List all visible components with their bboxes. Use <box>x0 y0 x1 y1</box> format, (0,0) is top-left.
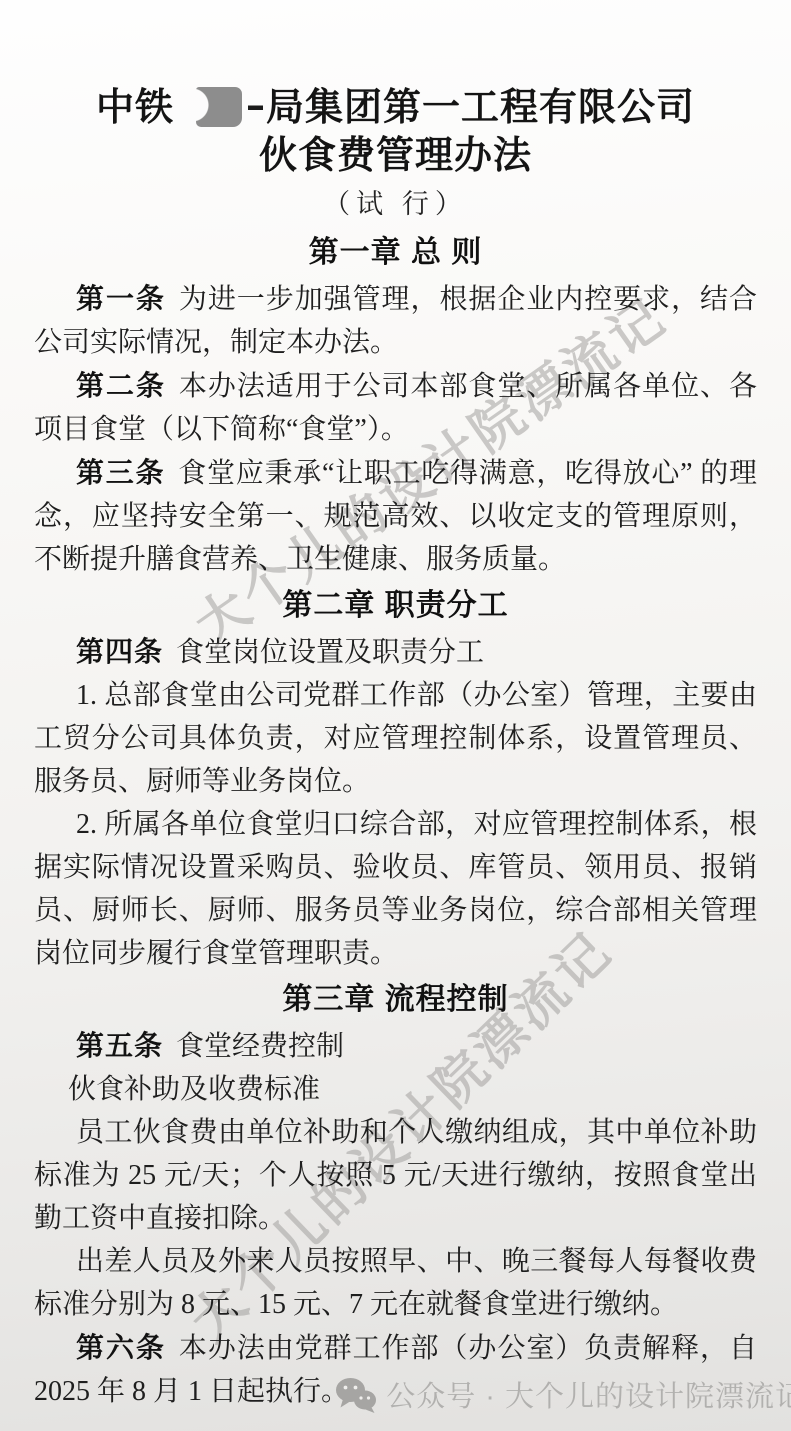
paragraph-text: 1. 总部食堂由公司党群工作部（办公室）管理，主要由工贸分公司具体负责，对应管理… <box>34 680 757 797</box>
title-suffix: 局集团第一工程有限公司 <box>266 87 695 129</box>
paragraph-item-2: 2. 所属各单位食堂归口综合部，对应管理控制体系，根据实际情况设置采购员、验收员… <box>34 803 757 975</box>
paragraph-text: 食堂经费控制 <box>176 1031 344 1062</box>
document-photo: 大个儿的设计院漂流记 大个儿的设计院漂流记 中铁局集团第一工程有限公司 伙食费管… <box>0 0 791 1431</box>
public-account-watermark: 公众号 · 大个儿的设计院漂流记 <box>335 1374 791 1415</box>
redacted-partial-character <box>248 87 263 127</box>
paragraph-article-4: 第四条食堂岗位设置及职责分工 <box>34 630 757 674</box>
title-line-1: 中铁局集团第一工程有限公司 <box>34 84 757 132</box>
paragraph-text: 食堂岗位设置及职责分工 <box>176 637 484 668</box>
paragraph-text: 员工伙食费由单位补助和个人缴纳组成，其中单位补助标准为 25 元/天；个人按照 … <box>34 1117 757 1234</box>
chapter-heading-3: 第三章 流程控制 <box>34 977 757 1022</box>
article-number: 第五条 <box>76 1030 163 1061</box>
chapter-heading-2: 第二章 职责分工 <box>34 583 757 628</box>
paragraph-meal-subsidy: 员工伙食费由单位补助和个人缴纳组成，其中单位补助标准为 25 元/天；个人按照 … <box>34 1111 757 1240</box>
document-title: 中铁局集团第一工程有限公司 伙食费管理办法 <box>34 84 757 180</box>
paragraph-article-2: 第二条本办法适用于公司本部食堂、所属各单位、各项目食堂（以下简称“食堂”）。 <box>34 364 757 451</box>
paragraph-text: 伙食补助及收费标准 <box>68 1074 320 1105</box>
article-number: 第一条 <box>76 283 166 314</box>
document-content: 中铁局集团第一工程有限公司 伙食费管理办法 （试 行） 第一章 总 则 第一条为… <box>0 0 791 1413</box>
redaction-box <box>196 87 242 127</box>
title-line-2: 伙食费管理办法 <box>34 132 757 180</box>
paragraph-article-5: 第五条食堂经费控制 <box>34 1024 757 1068</box>
title-prefix: 中铁 <box>96 87 174 129</box>
article-number: 第四条 <box>76 636 163 667</box>
paragraph-visitor-fees: 出差人员及外来人员按照早、中、晚三餐每人每餐收费标准分别为 8 元、15 元、7… <box>34 1240 757 1326</box>
paragraph-text: 2. 所属各单位食堂归口综合部，对应管理控制体系，根据实际情况设置采购员、验收员… <box>34 809 757 969</box>
article-number: 第二条 <box>76 370 166 401</box>
public-account-label: 公众号 · 大个儿的设计院漂流记 <box>386 1374 791 1415</box>
article-number: 第六条 <box>76 1332 166 1363</box>
paragraph-article-1: 第一条为进一步加强管理，根据企业内控要求，结合公司实际情况，制定本办法。 <box>34 277 757 364</box>
paragraph-article-3: 第三条食堂应秉承“让职工吃得满意，吃得放心” 的理念，应坚持安全第一、规范高效、… <box>34 451 757 581</box>
document-subtitle: （试 行） <box>34 180 757 228</box>
chapter-heading-1: 第一章 总 则 <box>34 230 757 275</box>
paragraph-item-1: 1. 总部食堂由公司党群工作部（办公室）管理，主要由工贸分公司具体负责，对应管理… <box>34 674 757 803</box>
paragraph-text: 出差人员及外来人员按照早、中、晚三餐每人每餐收费标准分别为 8 元、15 元、7… <box>34 1246 757 1320</box>
article-number: 第三条 <box>76 457 165 488</box>
paragraph-subheading: 伙食补助及收费标准 <box>34 1068 757 1111</box>
wechat-icon <box>335 1377 377 1413</box>
